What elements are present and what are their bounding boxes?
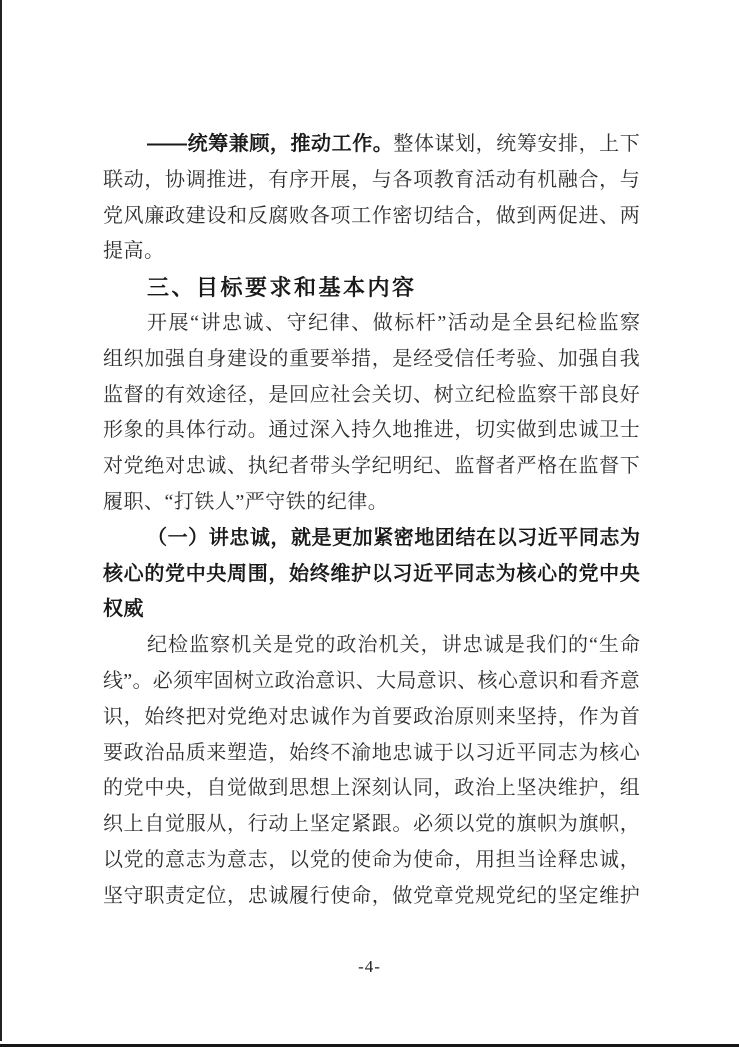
text-line: 权威	[103, 592, 640, 628]
text-line: 坚守职责定位，忠诚履行使命，做党章党规党纪的坚定维护	[103, 879, 640, 915]
page-number: -4-	[358, 957, 381, 976]
text-line: 织上自觉服从，行动上坚定紧跟。必须以党的旗帜为旗帜，	[103, 807, 640, 843]
text-line: 三、目标要求和基本内容	[103, 270, 640, 306]
text-line: 形象的具体行动。通过深入持久地推进，切实做到忠诚卫士	[103, 413, 640, 449]
text-line: 监督的有效途径，是回应社会关切、树立纪检监察干部良好	[103, 378, 640, 414]
text-line: ——统筹兼顾，推动工作。整体谋划，统筹安排，上下	[103, 127, 640, 163]
text-line: 联动，协调推进，有序开展，与各项教育活动有机融合，与	[103, 163, 640, 199]
text-line: （一）讲忠诚，就是更加紧密地团结在以习近平同志为	[103, 521, 640, 557]
text-line: 开展“讲忠诚、守纪律、做标杆”活动是全县纪检监察	[103, 306, 640, 342]
text-line: 对党绝对忠诚、执纪者带头学纪明纪、监督者严格在监督下	[103, 449, 640, 485]
text-line: 线”。必须牢固树立政治意识、大局意识、核心意识和看齐意	[103, 664, 640, 700]
text-line: 的党中央，自觉做到思想上深刻认同，政治上坚决维护，组	[103, 771, 640, 807]
text-line: 要政治品质来塑造，始终不渝地忠诚于以习近平同志为核心	[103, 736, 640, 772]
text-line: 核心的党中央周围，始终维护以习近平同志为核心的党中央	[103, 557, 640, 593]
text-line: 提高。	[103, 234, 640, 270]
text-line: 以党的意志为意志，以党的使命为使命，用担当诠释忠诚，	[103, 843, 640, 879]
text-line: 纪检监察机关是党的政治机关，讲忠诚是我们的“生命	[103, 628, 640, 664]
document-page: ——统筹兼顾，推动工作。整体谋划，统筹安排，上下联动，协调推进，有序开展，与各项…	[0, 0, 739, 1047]
page-footer: -4-	[0, 957, 739, 977]
scan-edge-left	[0, 0, 2, 1041]
text-line: 组织加强自身建设的重要举措，是经受信任考验、加强自我	[103, 342, 640, 378]
text-line: 履职、“打铁人”严守铁的纪律。	[103, 485, 640, 521]
text-line: 识，始终把对党绝对忠诚作为首要政治原则来坚持，作为首	[103, 700, 640, 736]
text-line: 党风廉政建设和反腐败各项工作密切结合，做到两促进、两	[103, 199, 640, 235]
document-body: ——统筹兼顾，推动工作。整体谋划，统筹安排，上下联动，协调推进，有序开展，与各项…	[103, 127, 640, 915]
